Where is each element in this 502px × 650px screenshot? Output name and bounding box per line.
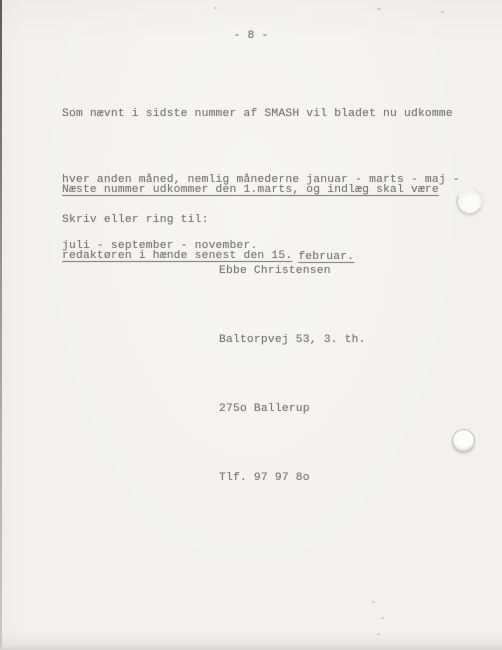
paper-speck: [381, 617, 384, 619]
intro-line-1: Som nævnt i sidste nummer af SMASH vil b…: [62, 103, 460, 125]
notice-line-1: Næste nummer udkommer den 1.marts, og in…: [62, 179, 439, 201]
notice-line-1-text: Næste nummer udkommer den 1.marts, og in…: [62, 184, 439, 196]
punch-hole-lower: [452, 429, 475, 452]
contact-address-city: 275o Ballerup: [219, 398, 366, 421]
scanned-document-page: - 8 - Som nævnt i sidste nummer af SMASH…: [0, 0, 502, 650]
scan-edge-left: [0, 0, 2, 650]
page-number: - 8 -: [0, 30, 502, 42]
paper-speck: [377, 8, 381, 10]
contact-phone: Tlf. 97 97 8o: [219, 467, 366, 490]
contact-name: Ebbe Christensen: [219, 260, 366, 283]
paper-speck: [372, 601, 375, 603]
paper-speck: [441, 11, 444, 13]
paper-speck: [377, 633, 380, 635]
scan-edge-bottom: [0, 645, 502, 650]
paper-speck: [214, 7, 217, 9]
contact-details: Ebbe Christensen Baltorpvej 53, 3. th. 2…: [219, 214, 366, 536]
contact-label: Skriv eller ring til:: [62, 214, 209, 226]
contact-address-street: Baltorpvej 53, 3. th.: [219, 329, 366, 352]
